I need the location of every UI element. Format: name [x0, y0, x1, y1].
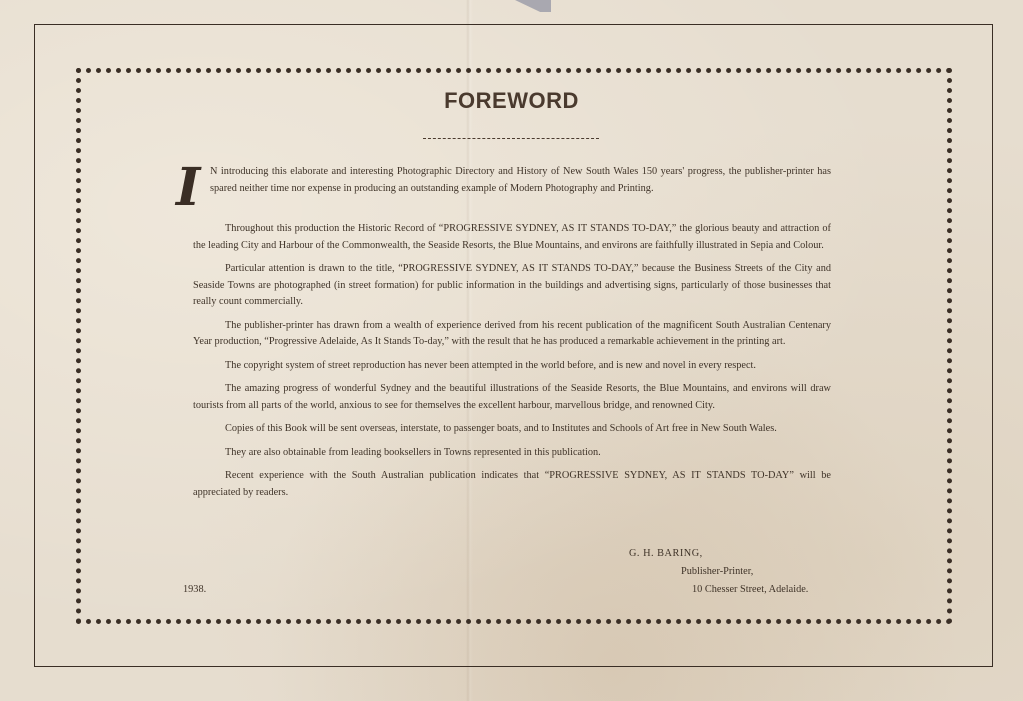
paragraph-text: N introducing this elaborate and interes… — [210, 166, 831, 194]
paragraph: The amazing progress of wonderful Sydney… — [193, 381, 831, 414]
signature-name: G. H. BARING, — [629, 548, 703, 559]
dropcap-letter: I — [176, 160, 200, 216]
paragraph: Throughout this production the Historic … — [193, 221, 831, 254]
paragraph: Copies of this Book will be sent oversea… — [193, 421, 831, 438]
title-divider — [423, 138, 599, 139]
signature-role: Publisher-Printer, — [681, 566, 753, 577]
paragraph: The publisher-printer has drawn from a w… — [193, 318, 831, 351]
foreword-body: I N introducing this elaborate and inter… — [193, 164, 831, 508]
paragraph: They are also obtainable from leading bo… — [193, 445, 831, 462]
signature-address: 10 Chesser Street, Adelaide. — [692, 584, 808, 595]
document-date: 1938. — [183, 584, 206, 595]
paragraph: Particular attention is drawn to the tit… — [193, 261, 831, 311]
paragraph: The copyright system of street reproduct… — [193, 358, 831, 375]
page-title: FOREWORD — [0, 88, 1023, 114]
paragraph: Recent experience with the South Austral… — [193, 468, 831, 501]
paper-fold-corner — [515, 0, 551, 12]
paragraph-intro: I N introducing this elaborate and inter… — [193, 164, 831, 214]
